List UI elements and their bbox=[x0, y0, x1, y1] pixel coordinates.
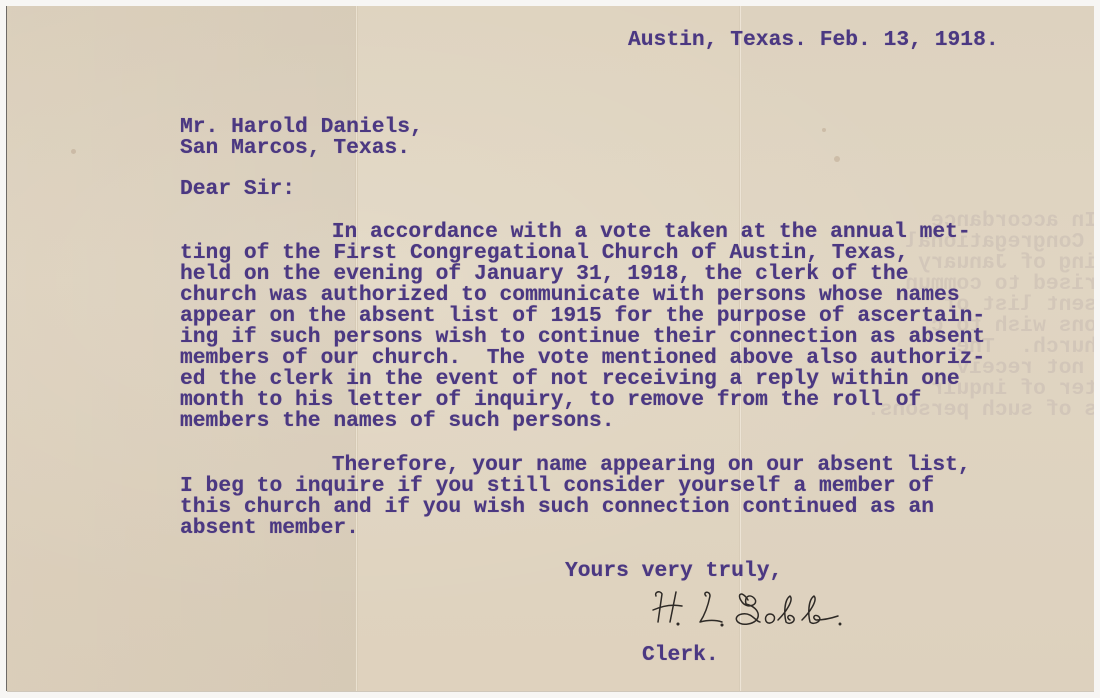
paragraph-line: month to his letter of inquiry, to remov… bbox=[180, 390, 921, 411]
paragraph-line: held on the evening of January 31, 1918,… bbox=[180, 264, 908, 285]
recipient-address: San Marcos, Texas. bbox=[180, 138, 410, 159]
closing: Yours very truly, bbox=[565, 561, 782, 582]
paragraph-line: church was authorized to communicate wit… bbox=[180, 285, 960, 306]
salutation: Dear Sir: bbox=[180, 179, 295, 200]
paragraph-line: members of our church. The vote mentione… bbox=[180, 348, 985, 369]
paragraph-line: members the names of such persons. bbox=[180, 411, 615, 432]
paper-spot bbox=[71, 149, 76, 154]
paragraph-line: Therefore, your name appearing on our ab… bbox=[140, 455, 971, 476]
paragraph-line: appear on the absent list of 1915 for th… bbox=[180, 306, 985, 327]
paper-spot bbox=[834, 156, 840, 162]
paragraph-line: this church and if you wish such connect… bbox=[180, 497, 934, 518]
signer-title: Clerk. bbox=[642, 645, 719, 666]
paragraph-line: ting of the First Congregational Church … bbox=[180, 243, 908, 264]
paragraph-line: ing if such persons wish to continue the… bbox=[180, 327, 985, 348]
paper-spot bbox=[822, 128, 826, 132]
handwritten-signature: H. L. Bobb bbox=[650, 588, 850, 632]
dateline: Austin, Texas. Feb. 13, 1918. bbox=[628, 30, 999, 51]
paragraph-line: ed the clerk in the event of not receivi… bbox=[180, 369, 960, 390]
paragraph-line: I beg to inquire if you still consider y… bbox=[180, 476, 934, 497]
recipient-name: Mr. Harold Daniels, bbox=[180, 117, 423, 138]
paragraph-line: In accordance with a vote taken at the a… bbox=[140, 222, 971, 243]
paragraph-line: absent member. bbox=[180, 518, 359, 539]
